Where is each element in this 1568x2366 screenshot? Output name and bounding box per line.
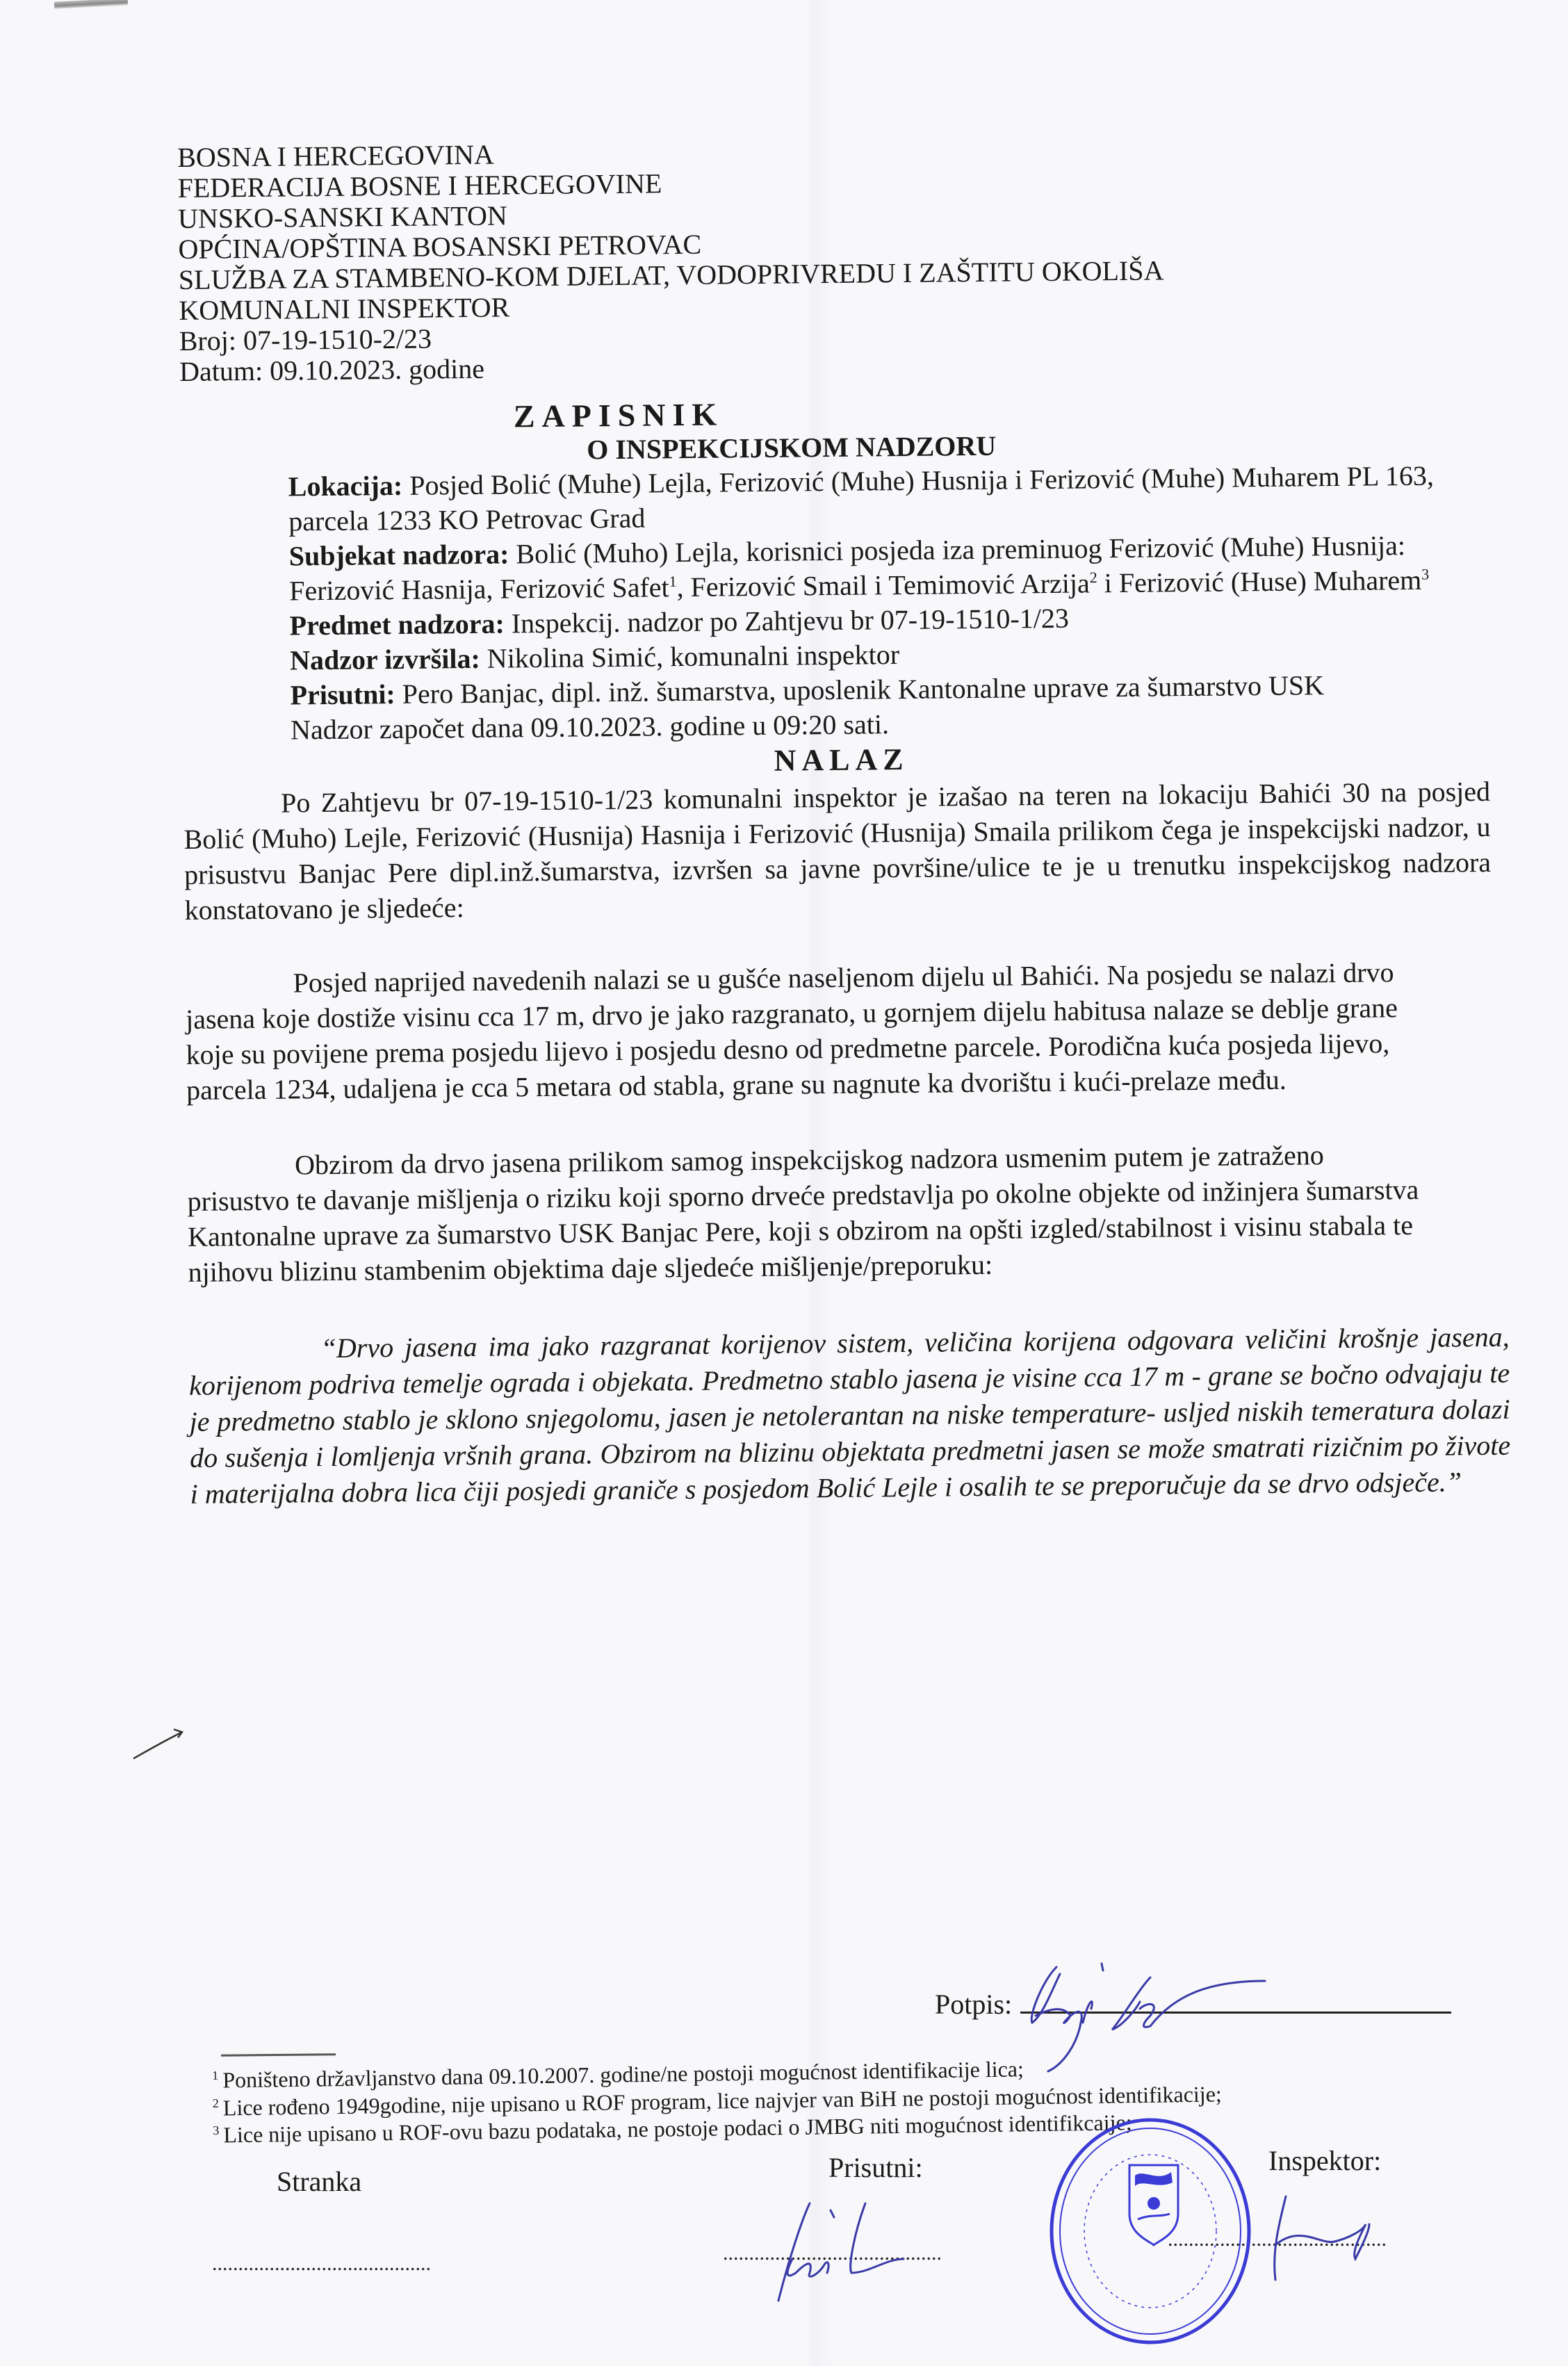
inspection-details: Lokacija: Posjed Bolić (Muhe) Lejla, Fer… [181,458,1459,749]
footnote-divider [221,2053,336,2056]
party-signature-line: ........................................… [212,2252,431,2276]
official-stamp [1046,2116,1255,2346]
inspector-label: Inspektor: [1268,2144,1381,2177]
footnotes: 1Poništeno državljanstvo dana 09.10.2007… [212,2046,1498,2147]
subject-matter-label: Predmet nadzora: [289,608,505,642]
footnote-ref: 2 [1090,569,1097,586]
scanned-page: BOSNA I HERCEGOVINA FEDERACIJA BOSNE I H… [0,0,1568,2366]
party-label: Stranka [277,2165,361,2198]
findings-paragraph: Po Zahtjevu br 07-19-1510-1/23 komunalni… [183,774,1492,928]
margin-pen-mark [132,1717,188,1765]
subject-label: Subjekat nadzora: [289,538,509,571]
location-value: Posjed Bolić (Muhe) Lejla, Ferizović (Mu… [288,460,1434,537]
findings-paragraph: Obzirom da drvo jasena prilikom samog in… [187,1136,1426,1290]
performed-by-label: Nadzor izvršila: [290,643,480,676]
expert-opinion-quote: “Drvo jasena ima jako razgranat korijeno… [188,1319,1510,1512]
findings-paragraph: Posjed naprijed navedenih nalazi se u gu… [185,954,1423,1108]
present-handwritten-signature [751,2176,959,2315]
location-row: Lokacija: Posjed Bolić (Muhe) Lejla, Fer… [288,458,1457,539]
inspector-handwritten-signature [1244,2183,1453,2287]
document-body: BOSNA I HERCEGOVINA FEDERACIJA BOSNE I H… [177,130,1462,1540]
subject-value: , Ferizović Smail i Temimović Arzija [676,567,1090,603]
footnote-ref: 3 [1421,565,1429,582]
present-label: Prisutni: [290,678,395,710]
staple [54,0,128,9]
subject-row: Subjekat nadzora: Bolić (Muho) Lejla, ko… [288,528,1457,608]
letterhead: BOSNA I HERCEGOVINA FEDERACIJA BOSNE I H… [177,130,1451,387]
location-label: Lokacija: [288,470,403,503]
performed-by-value: Nikolina Simić, komunalni inspektor [487,639,900,674]
footnote-ref: 1 [669,573,676,590]
present-value: Pero Banjac, dipl. inž. šumarstva, uposl… [402,669,1325,710]
subject-value: i Ferizović (Huse) Muharem [1097,564,1422,598]
subject-matter-value: Inspekcij. nadzor po Zahtjevu br 07-19-1… [512,603,1069,639]
